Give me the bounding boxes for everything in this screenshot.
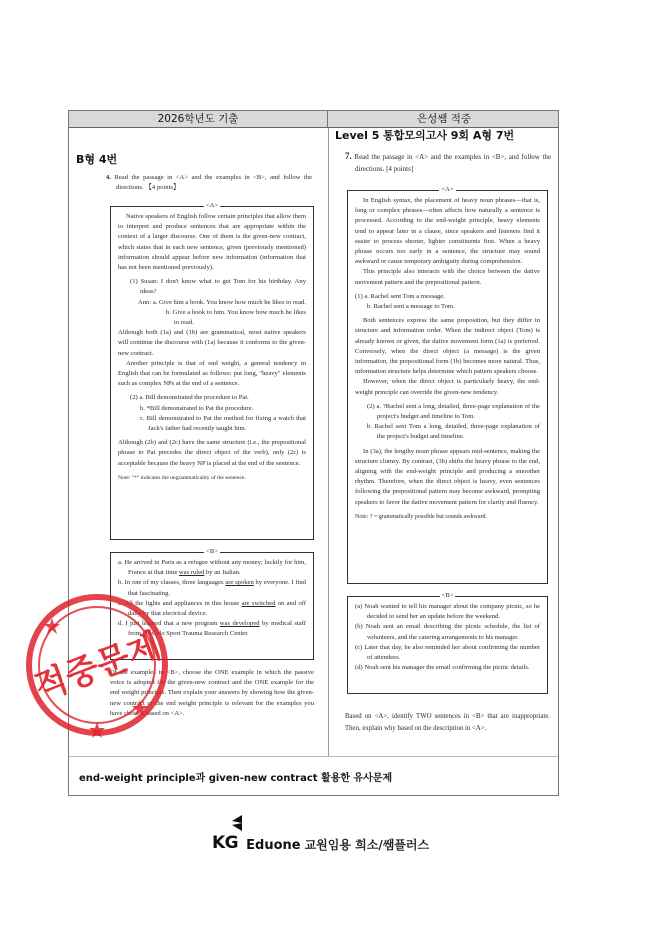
right-b-item: (c) Later that day, he also reminded her…: [355, 643, 540, 663]
right-a-paragraph-3: Both sentences express the same proposit…: [355, 316, 540, 377]
left-a-note: Note: "*" indicates the ungrammaticality…: [118, 473, 306, 483]
left-passage-a: <A> Native speakers of English follow ce…: [110, 206, 314, 540]
left-b-item: d. I just learned that a new program was…: [118, 619, 306, 639]
right-a-paragraph-1: In English syntax, the placement of heav…: [355, 196, 540, 267]
left-b-item: c. All the lights and appliances in this…: [118, 599, 306, 619]
left-a-paragraph-3: Another principle is that of end weight,…: [118, 359, 306, 390]
footer-caption: end-weight principle과 given-new contract…: [79, 769, 392, 784]
right-a-paragraph-2: This principle also interacts with the c…: [355, 267, 540, 287]
right-a-paragraph-5: In (3a), the lengthy noun phrase appears…: [355, 447, 540, 508]
right-question-number: 7.: [345, 151, 352, 161]
left-a-paragraph-4: Although (2b) and (2c) have the same str…: [118, 438, 306, 469]
logo-subtitle: 교원임용 희소/쌤플러스: [305, 836, 429, 853]
left-box-b-label: <B>: [204, 548, 220, 555]
right-passage-a: <A> In English syntax, the placement of …: [347, 190, 548, 584]
right-box-b-label: <B>: [440, 592, 456, 599]
table-header: 2026학년도 기출 은성쌤 적중: [69, 111, 558, 128]
column-divider: [328, 128, 329, 756]
right-a-paragraph-4: However, when the direct object is parti…: [355, 377, 540, 397]
left-a-example-2a: (2) a. Bill demonstrated the procedure t…: [118, 393, 306, 403]
left-question-number: 4.: [106, 174, 111, 181]
right-b-item: (b) Noah sent an email describing the pi…: [355, 622, 540, 642]
left-a-example-2c: c. Bill demonstrated to Pat the method f…: [118, 414, 306, 434]
logo-brand: Eduone: [246, 838, 300, 853]
right-examples-b: <B> (a) Noah wanted to tell his manager …: [347, 596, 548, 694]
logo-kg: KG: [212, 833, 238, 853]
left-b-item: b. In one of my classes, three languages…: [118, 578, 306, 598]
header-left: 2026학년도 기출: [69, 111, 328, 127]
right-box-a-label: <A>: [439, 186, 455, 193]
right-b-item: (d) Noah sent his manager the email conf…: [355, 663, 540, 673]
publisher-logo: KG Eduone 교원임용 희소/쌤플러스: [212, 833, 429, 853]
underlined-verb: was developed: [220, 620, 260, 627]
underlined-verb: are switched: [242, 600, 276, 607]
left-b-item: a. He arrived in Paris as a refugee with…: [118, 558, 306, 578]
left-a-paragraph-1: Native speakers of English follow certai…: [118, 212, 306, 273]
table-footer: end-weight principle과 given-new contract…: [69, 756, 558, 796]
header-right: 은성쌤 적중: [328, 111, 560, 127]
right-exam-label: Level 5 통합모의고사 9회 A형 7번: [335, 127, 514, 143]
right-directions: Based on <A>, identify TWO sentences in …: [345, 711, 550, 734]
left-a-example-1-ann-a: Ann: a. Give him a book. You know how mu…: [118, 298, 306, 308]
right-question: 7. Read the passage in <A> and the examp…: [345, 150, 551, 175]
right-a-example-1a: (1) a. Rachel sent Tom a message.: [355, 292, 540, 302]
right-b-item: (a) Noah wanted to tell his manager abou…: [355, 602, 540, 622]
left-directions: Of the examples in <B>, choose the ONE e…: [110, 668, 314, 719]
right-a-example-2a: (2) a. ?Rachel sent a long, detailed, th…: [355, 402, 540, 422]
right-b-list: (a) Noah wanted to tell his manager abou…: [355, 602, 540, 673]
left-a-example-2b: b. *Bill demonstrated to Pat the procedu…: [118, 404, 306, 414]
left-box-a-label: <A>: [204, 202, 220, 209]
left-question-text: Read the passage in <A> and the examples…: [114, 174, 312, 191]
kg-logo-mark-icon: [230, 815, 242, 831]
left-a-example-1-ann-b: b. Give a book to him. You know how much…: [118, 308, 306, 328]
right-a-example-2b: b. Rachel sent Tom a long, detailed, thr…: [355, 422, 540, 442]
left-question: 4. Read the passage in <A> and the examp…: [106, 173, 312, 193]
right-a-example-1b: b. Rachel sent a message to Tom.: [355, 302, 540, 312]
right-a-note: Note: ? = grammatically possible but sou…: [355, 512, 540, 522]
left-a-example-1-susan: (1) Susan: I don't know what to get Tom …: [118, 277, 306, 297]
left-examples-b: <B> a. He arrived in Paris as a refugee …: [110, 552, 314, 660]
left-b-list: a. He arrived in Paris as a refugee with…: [118, 558, 306, 640]
left-exam-label: B형 4번: [76, 151, 117, 167]
right-question-text: Read the passage in <A> and the examples…: [354, 153, 551, 173]
left-a-paragraph-2: Although both (1a) and (1b) are grammati…: [118, 328, 306, 359]
underlined-verb: was ruled: [179, 569, 204, 576]
underlined-verb: are spoken: [225, 579, 253, 586]
